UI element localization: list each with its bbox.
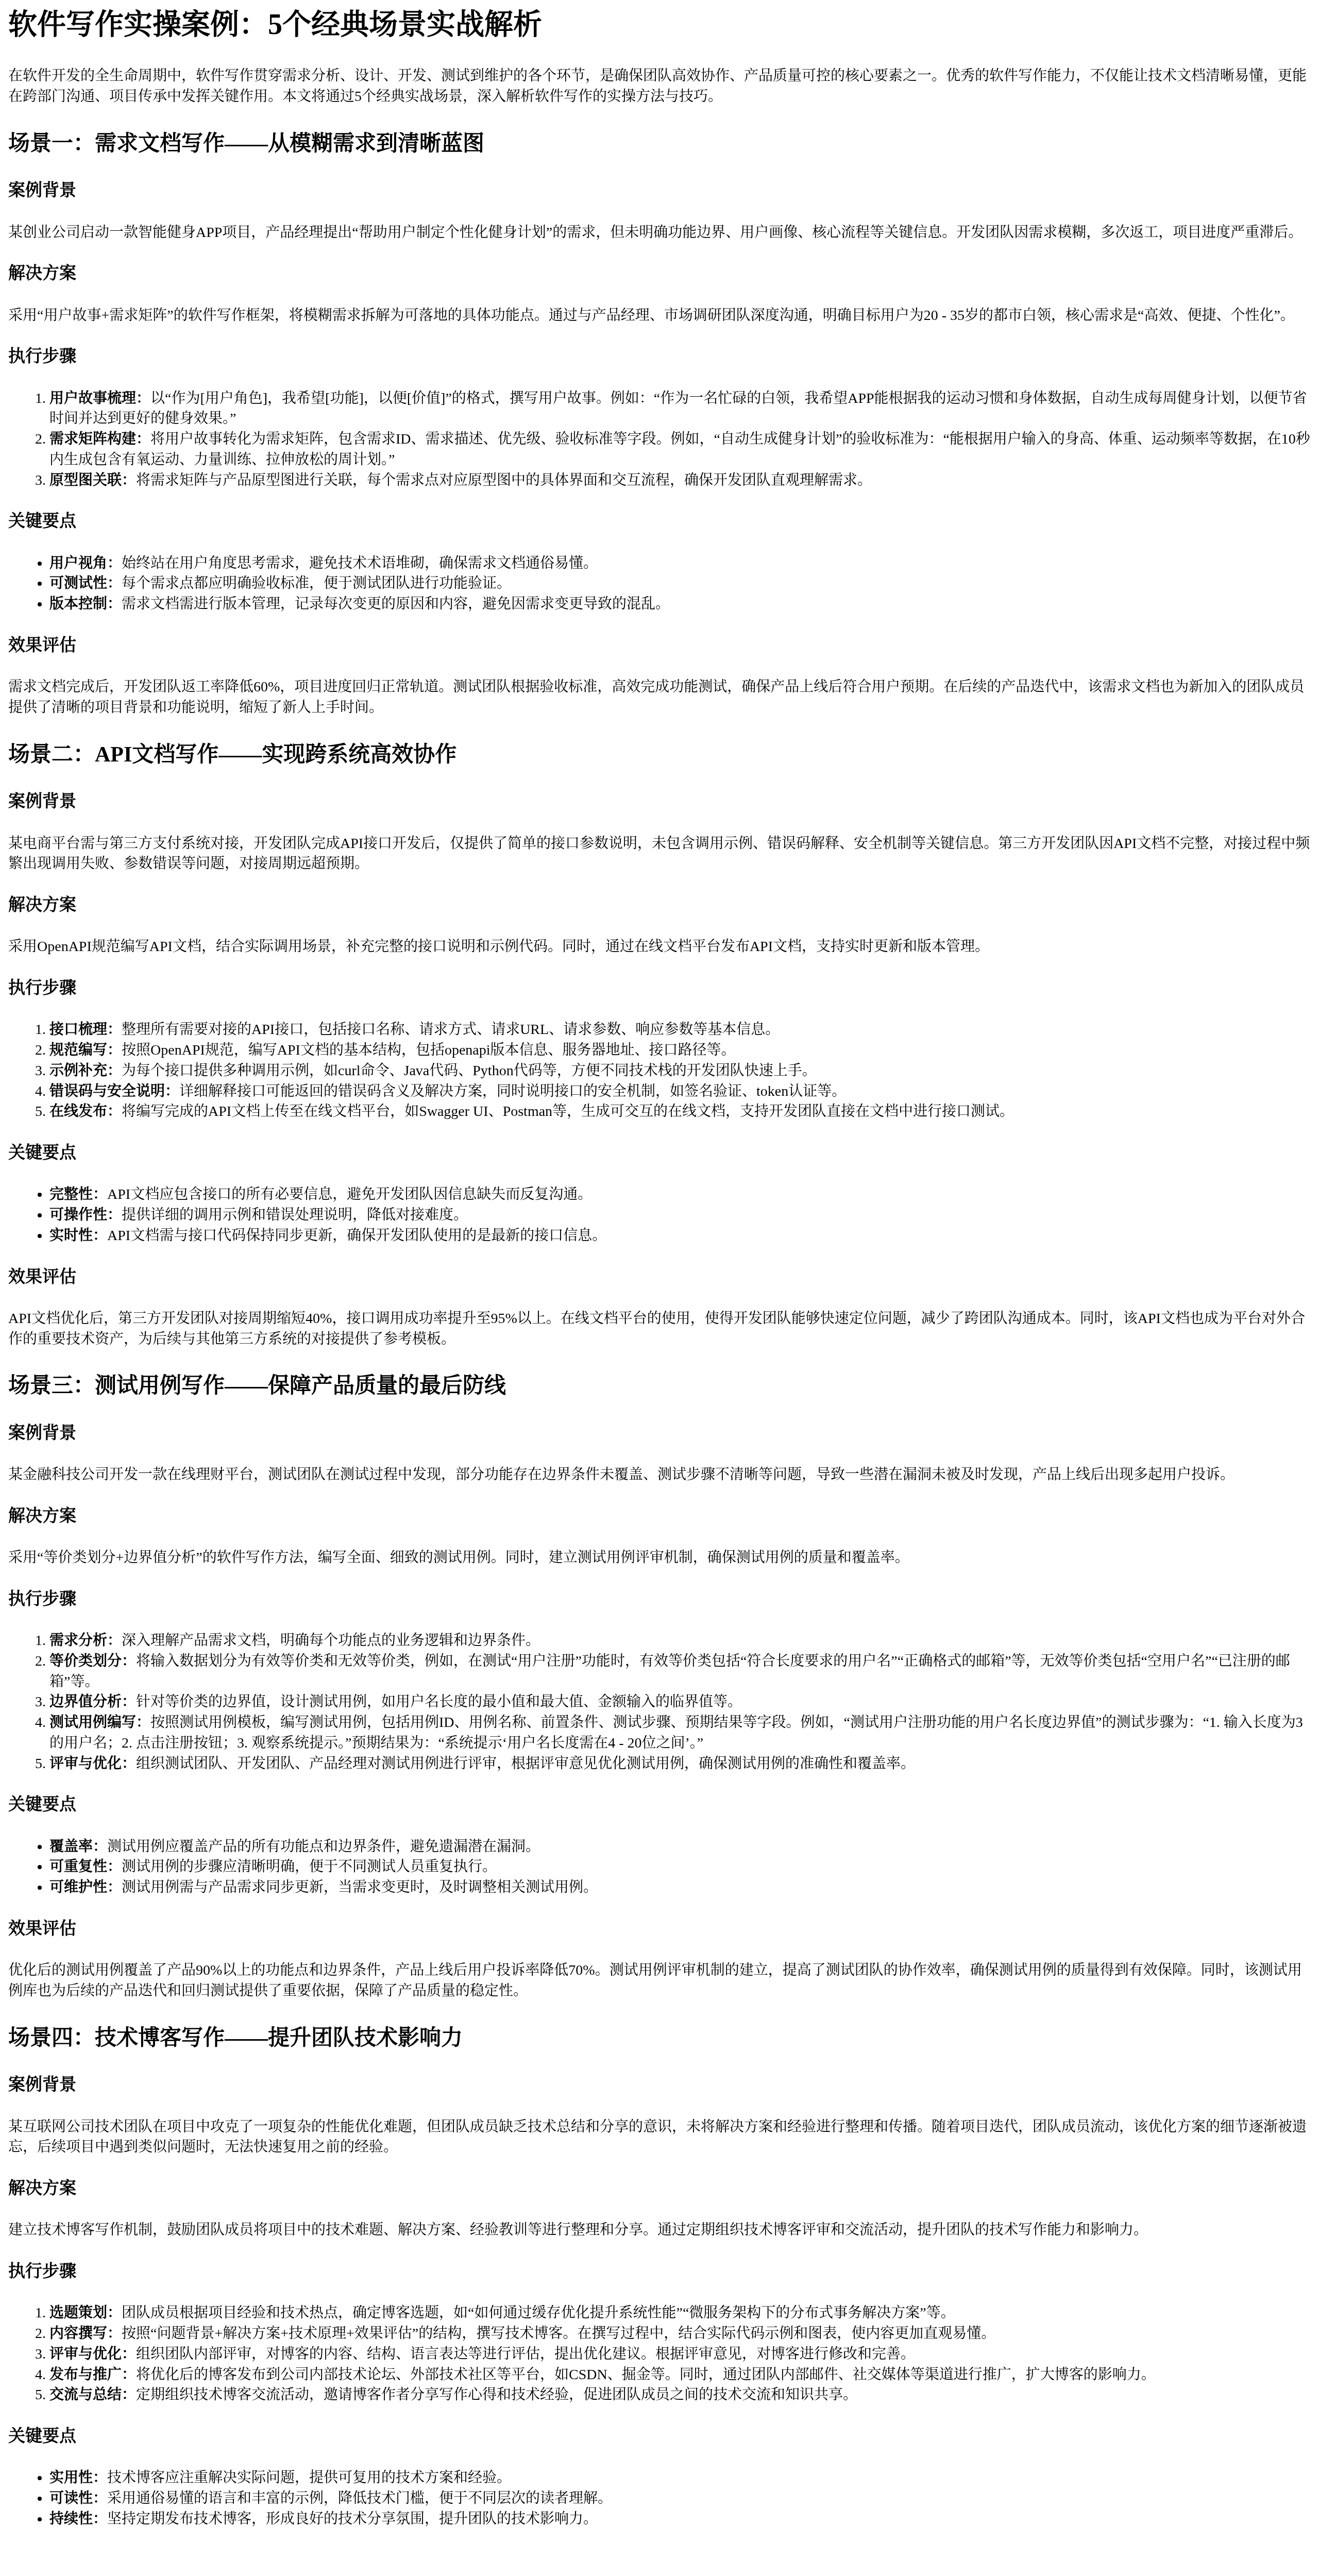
scenario-2-evaluation-text: API文档优化后，第三方开发团队对接周期缩短40%，接口调用成功率提升至95%以… [8, 1309, 1311, 1350]
point-label: 完整性： [49, 1187, 107, 1202]
scenario-3-solution-text: 采用“等价类划分+边界值分析”的软件写作方法，编写全面、细致的测试用例。同时，建… [8, 1548, 1311, 1568]
scenario-3-solution-heading: 解决方案 [8, 1506, 1311, 1527]
step-item: 交流与总结：定期组织技术博客交流活动，邀请博客作者分享写作心得和技术经验，促进团… [49, 2385, 1311, 2405]
scenario-4-points-heading: 关键要点 [8, 2426, 1311, 2447]
scenario-1-background-heading: 案例背景 [8, 180, 1311, 201]
step-text: 组织团队内部评审，对博客的内容、结构、语言表达等进行评估，提出优化建议。根据评审… [136, 2346, 915, 2362]
point-text: 始终站在用户角度思考需求，避免技术术语堆砌，确保需求文档通俗易懂。 [122, 555, 598, 571]
step-label: 评审与优化： [49, 2346, 136, 2362]
scenario-4-background-text: 某互联网公司技术团队在项目中攻克了一项复杂的性能优化难题，但团队成员缺乏技术总结… [8, 2117, 1311, 2158]
document-page: { "doc": { "title": "软件写作实操案例：5个经典场景实战解析… [8, 8, 1311, 2530]
step-text: 将编写完成的API文档上传至在线文档平台，如Swagger UI、Postman… [122, 1104, 1014, 1120]
step-label: 选题策划： [49, 2305, 122, 2321]
scenario-1-solution-heading: 解决方案 [8, 263, 1311, 284]
point-item: 可维护性：测试用例需与产品需求同步更新，当需求变更时，及时调整相关测试用例。 [49, 1877, 1311, 1898]
point-label: 用户视角： [49, 555, 122, 571]
step-label: 错误码与安全说明： [49, 1083, 179, 1099]
step-text: 将需求矩阵与产品原型图进行关联，每个需求点对应原型图中的具体界面和交互流程，确保… [136, 472, 872, 488]
step-label: 在线发布： [49, 1104, 122, 1120]
point-label: 可测试性： [49, 575, 122, 591]
scenario-4-solution-text: 建立技术博客写作机制，鼓励团队成员将项目中的技术难题、解决方案、经验教训等进行整… [8, 2220, 1311, 2241]
step-item: 等价类划分：将输入数据划分为有效等价类和无效等价类，例如，在测试“用户注册”功能… [49, 1651, 1311, 1692]
step-item: 在线发布：将编写完成的API文档上传至在线文档平台，如Swagger UI、Po… [49, 1101, 1311, 1122]
step-text: 将用户故事转化为需求矩阵，包含需求ID、需求描述、优先级、验收标准等字段。例如，… [49, 431, 1310, 468]
scenario-4-steps-heading: 执行步骤 [8, 2261, 1311, 2282]
step-text: 团队成员根据项目经验和技术热点，确定博客选题，如“如何通过缓存优化提升系统性能”… [122, 2305, 955, 2321]
step-label: 原型图关联： [49, 472, 136, 488]
step-item: 用户故事梳理：以“作为[用户角色]，我希望[功能]，以便[价值]”的格式，撰写用… [49, 388, 1311, 430]
step-label: 测试用例编写： [49, 1715, 150, 1731]
point-text: API文档需与接口代码保持同步更新，确保开发团队使用的是最新的接口信息。 [107, 1228, 606, 1244]
step-label: 接口梳理： [49, 1022, 122, 1038]
scenario-1-evaluation-text: 需求文档完成后，开发团队返工率降低60%，项目进度回归正常轨道。测试团队根据验收… [8, 677, 1311, 718]
step-label: 示例补充： [49, 1063, 122, 1079]
step-text: 将输入数据划分为有效等价类和无效等价类，例如，在测试“用户注册”功能时，有效等价… [49, 1653, 1290, 1690]
point-label: 可操作性： [49, 1207, 122, 1223]
page-title: 软件写作实操案例：5个经典场景实战解析 [8, 8, 1311, 41]
intro-paragraph: 在软件开发的全生命周期中，软件写作贯穿需求分析、设计、开发、测试到维护的各个环节… [8, 66, 1311, 107]
point-label: 实用性： [49, 2470, 107, 2486]
step-item: 测试用例编写：按照测试用例模板，编写测试用例，包括用例ID、用例名称、前置条件、… [49, 1713, 1311, 1754]
point-text: API文档应包含接口的所有必要信息，避免开发团队因信息缺失而反复沟通。 [107, 1187, 592, 1202]
scenario-3-points-heading: 关键要点 [8, 1794, 1311, 1816]
point-label: 持续性： [49, 2511, 107, 2527]
scenario-2-steps-heading: 执行步骤 [8, 978, 1311, 999]
document-body: 软件写作实操案例：5个经典场景实战解析 在软件开发的全生命周期中，软件写作贯穿需… [8, 8, 1311, 2530]
point-item: 可操作性：提供详细的调用示例和错误处理说明，降低对接难度。 [49, 1205, 1311, 1226]
scenario-3-heading: 场景三：测试用例写作——保障产品质量的最后防线 [8, 1372, 1311, 1400]
scenario-3-steps-heading: 执行步骤 [8, 1589, 1311, 1610]
scenario-1-solution-text: 采用“用户故事+需求矩阵”的软件写作框架，将模糊需求拆解为可落地的具体功能点。通… [8, 306, 1311, 326]
point-text: 技术博客应注重解决实际问题，提供可复用的技术方案和经验。 [107, 2470, 511, 2486]
step-item: 边界值分析：针对等价类的边界值，设计测试用例，如用户名长度的最小值和最大值、金额… [49, 1692, 1311, 1713]
step-text: 整理所有需要对接的API接口，包括接口名称、请求方式、请求URL、请求参数、响应… [122, 1022, 780, 1038]
scenario-1-points-heading: 关键要点 [8, 511, 1311, 532]
point-text: 测试用例的步骤应清晰明确，便于不同测试人员重复执行。 [122, 1859, 497, 1875]
scenario-2-steps-list: 接口梳理：整理所有需要对接的API接口，包括接口名称、请求方式、请求URL、请求… [8, 1020, 1311, 1122]
point-text: 测试用例需与产品需求同步更新，当需求变更时，及时调整相关测试用例。 [122, 1879, 598, 1895]
scenario-3-points-list: 覆盖率：测试用例应覆盖产品的所有功能点和边界条件，避免遗漏潜在漏洞。 可重复性：… [8, 1837, 1311, 1898]
point-label: 可重复性： [49, 1859, 122, 1875]
scenario-2-background-text: 某电商平台需与第三方支付系统对接，开发团队完成API接口开发后，仅提供了简单的接… [8, 834, 1311, 875]
point-label: 可维护性： [49, 1879, 122, 1895]
step-label: 需求矩阵构建： [49, 431, 150, 447]
scenario-3-evaluation-heading: 效果评估 [8, 1919, 1311, 1940]
scenario-4-background-heading: 案例背景 [8, 2075, 1311, 2096]
scenario-2-background-heading: 案例背景 [8, 791, 1311, 812]
point-label: 可读性： [49, 2490, 107, 2506]
scenario-4-solution-heading: 解决方案 [8, 2178, 1311, 2199]
step-text: 按照测试用例模板，编写测试用例，包括用例ID、用例名称、前置条件、测试步骤、预期… [49, 1715, 1303, 1751]
point-item: 可测试性：每个需求点都应明确验收标准，便于测试团队进行功能验证。 [49, 573, 1311, 594]
scenario-3-section: 场景三：测试用例写作——保障产品质量的最后防线 案例背景 某金融科技公司开发一款… [8, 1372, 1311, 2001]
point-text: 采用通俗易懂的语言和丰富的示例，降低技术门槛，便于不同层次的读者理解。 [107, 2490, 612, 2506]
scenario-4-section: 场景四：技术博客写作——提升团队技术影响力 案例背景 某互联网公司技术团队在项目… [8, 2024, 1311, 2530]
scenario-1-section: 场景一：需求文档写作——从模糊需求到清晰蓝图 案例背景 某创业公司启动一款智能健… [8, 130, 1311, 718]
point-item: 版本控制：需求文档需进行版本管理，记录每次变更的原因和内容，避免因需求变更导致的… [49, 594, 1311, 615]
step-item: 原型图关联：将需求矩阵与产品原型图进行关联，每个需求点对应原型图中的具体界面和交… [49, 470, 1311, 491]
step-item: 接口梳理：整理所有需要对接的API接口，包括接口名称、请求方式、请求URL、请求… [49, 1020, 1311, 1040]
step-text: 按照“问题背景+解决方案+技术原理+效果评估”的结构，撰写技术博客。在撰写过程中… [122, 2326, 995, 2342]
step-text: 按照OpenAPI规范，编写API文档的基本结构，包括openapi版本信息、服… [122, 1042, 736, 1058]
step-item: 评审与优化：组织测试团队、开发团队、产品经理对测试用例进行评审，根据评审意见优化… [49, 1754, 1311, 1774]
point-item: 可读性：采用通俗易懂的语言和丰富的示例，降低技术门槛，便于不同层次的读者理解。 [49, 2488, 1311, 2509]
step-text: 针对等价类的边界值，设计测试用例，如用户名长度的最小值和最大值、金额输入的临界值… [136, 1694, 742, 1710]
point-label: 覆盖率： [49, 1839, 107, 1855]
step-label: 交流与总结： [49, 2387, 136, 2403]
point-item: 持续性：坚持定期发布技术博客，形成良好的技术分享氛围，提升团队的技术影响力。 [49, 2509, 1311, 2530]
point-item: 实时性：API文档需与接口代码保持同步更新，确保开发团队使用的是最新的接口信息。 [49, 1226, 1311, 1246]
scenario-2-points-list: 完整性：API文档应包含接口的所有必要信息，避免开发团队因信息缺失而反复沟通。 … [8, 1184, 1311, 1246]
step-text: 深入理解产品需求文档，明确每个功能点的业务逻辑和边界条件。 [122, 1633, 540, 1649]
point-text: 需求文档需进行版本管理，记录每次变更的原因和内容，避免因需求变更导致的混乱。 [122, 596, 670, 612]
step-text: 组织测试团队、开发团队、产品经理对测试用例进行评审，根据评审意见优化测试用例，确… [136, 1756, 915, 1772]
scenario-2-section: 场景二：API文档写作——实现跨系统高效协作 案例背景 某电商平台需与第三方支付… [8, 741, 1311, 1350]
step-item: 需求分析：深入理解产品需求文档，明确每个功能点的业务逻辑和边界条件。 [49, 1631, 1311, 1651]
point-text: 测试用例应覆盖产品的所有功能点和边界条件，避免遗漏潜在漏洞。 [107, 1839, 540, 1855]
step-text: 定期组织技术博客交流活动，邀请博客作者分享写作心得和技术经验，促进团队成员之间的… [136, 2387, 857, 2403]
step-text: 详细解释接口可能返回的错误码含义及解决方案，同时说明接口的安全机制，如签名验证、… [179, 1083, 846, 1099]
scenario-1-background-text: 某创业公司启动一款智能健身APP项目，产品经理提出“帮助用户制定个性化健身计划”… [8, 223, 1311, 243]
step-label: 规范编写： [49, 1042, 122, 1058]
scenario-3-background-text: 某金融科技公司开发一款在线理财平台，测试团队在测试过程中发现，部分功能存在边界条… [8, 1465, 1311, 1485]
step-label: 等价类划分： [49, 1653, 136, 1669]
point-text: 提供详细的调用示例和错误处理说明，降低对接难度。 [122, 1207, 468, 1223]
point-item: 可重复性：测试用例的步骤应清晰明确，便于不同测试人员重复执行。 [49, 1857, 1311, 1877]
step-text: 以“作为[用户角色]，我希望[功能]，以便[价值]”的格式，撰写用户故事。例如：… [49, 391, 1307, 427]
point-item: 实用性：技术博客应注重解决实际问题，提供可复用的技术方案和经验。 [49, 2468, 1311, 2488]
scenario-4-heading: 场景四：技术博客写作——提升团队技术影响力 [8, 2024, 1311, 2053]
point-item: 用户视角：始终站在用户角度思考需求，避免技术术语堆砌，确保需求文档通俗易懂。 [49, 553, 1311, 574]
point-item: 完整性：API文档应包含接口的所有必要信息，避免开发团队因信息缺失而反复沟通。 [49, 1184, 1311, 1205]
scenario-4-steps-list: 选题策划：团队成员根据项目经验和技术热点，确定博客选题，如“如何通过缓存优化提升… [8, 2303, 1311, 2405]
scenario-2-solution-heading: 解决方案 [8, 895, 1311, 916]
scenario-2-points-heading: 关键要点 [8, 1143, 1311, 1164]
point-item: 覆盖率：测试用例应覆盖产品的所有功能点和边界条件，避免遗漏潜在漏洞。 [49, 1837, 1311, 1857]
step-label: 用户故事梳理： [49, 391, 150, 406]
scenario-1-evaluation-heading: 效果评估 [8, 635, 1311, 656]
step-item: 规范编写：按照OpenAPI规范，编写API文档的基本结构，包括openapi版… [49, 1040, 1311, 1061]
step-label: 边界值分析： [49, 1694, 136, 1710]
scenario-1-points-list: 用户视角：始终站在用户角度思考需求，避免技术术语堆砌，确保需求文档通俗易懂。 可… [8, 553, 1311, 615]
step-text: 将优化后的博客发布到公司内部技术论坛、外部技术社区等平台，如CSDN、掘金等。同… [136, 2367, 1156, 2383]
point-label: 实时性： [49, 1228, 107, 1244]
scenario-4-points-list: 实用性：技术博客应注重解决实际问题，提供可复用的技术方案和经验。 可读性：采用通… [8, 2468, 1311, 2529]
scenario-3-background-heading: 案例背景 [8, 1423, 1311, 1444]
scenario-1-steps-heading: 执行步骤 [8, 346, 1311, 367]
scenario-1-steps-list: 用户故事梳理：以“作为[用户角色]，我希望[功能]，以便[价值]”的格式，撰写用… [8, 388, 1311, 491]
point-label: 版本控制： [49, 596, 122, 612]
step-label: 评审与优化： [49, 1756, 136, 1772]
point-text: 每个需求点都应明确验收标准，便于测试团队进行功能验证。 [122, 575, 511, 591]
step-item: 选题策划：团队成员根据项目经验和技术热点，确定博客选题，如“如何通过缓存优化提升… [49, 2303, 1311, 2324]
step-label: 发布与推广： [49, 2367, 136, 2383]
step-item: 示例补充：为每个接口提供多种调用示例，如curl命令、Java代码、Python… [49, 1061, 1311, 1081]
scenario-2-heading: 场景二：API文档写作——实现跨系统高效协作 [8, 741, 1311, 769]
step-item: 评审与优化：组织团队内部评审，对博客的内容、结构、语言表达等进行评估，提出优化建… [49, 2344, 1311, 2365]
point-text: 坚持定期发布技术博客，形成良好的技术分享氛围，提升团队的技术影响力。 [107, 2511, 598, 2527]
step-text: 为每个接口提供多种调用示例，如curl命令、Java代码、Python代码等，方… [122, 1063, 817, 1079]
scenario-2-solution-text: 采用OpenAPI规范编写API文档，结合实际调用场景，补充完整的接口说明和示例… [8, 937, 1311, 957]
step-item: 需求矩阵构建：将用户故事转化为需求矩阵，包含需求ID、需求描述、优先级、验收标准… [49, 429, 1311, 470]
scenario-3-evaluation-text: 优化后的测试用例覆盖了产品90%以上的功能点和边界条件，产品上线后用户投诉率降低… [8, 1960, 1311, 2002]
step-label: 内容撰写： [49, 2326, 122, 2342]
step-label: 需求分析： [49, 1633, 122, 1649]
step-item: 错误码与安全说明：详细解释接口可能返回的错误码含义及解决方案，同时说明接口的安全… [49, 1081, 1311, 1102]
scenario-2-evaluation-heading: 效果评估 [8, 1267, 1311, 1288]
scenario-3-steps-list: 需求分析：深入理解产品需求文档，明确每个功能点的业务逻辑和边界条件。 等价类划分… [8, 1631, 1311, 1774]
step-item: 内容撰写：按照“问题背景+解决方案+技术原理+效果评估”的结构，撰写技术博客。在… [49, 2324, 1311, 2344]
step-item: 发布与推广：将优化后的博客发布到公司内部技术论坛、外部技术社区等平台，如CSDN… [49, 2365, 1311, 2385]
scenario-1-heading: 场景一：需求文档写作——从模糊需求到清晰蓝图 [8, 130, 1311, 158]
